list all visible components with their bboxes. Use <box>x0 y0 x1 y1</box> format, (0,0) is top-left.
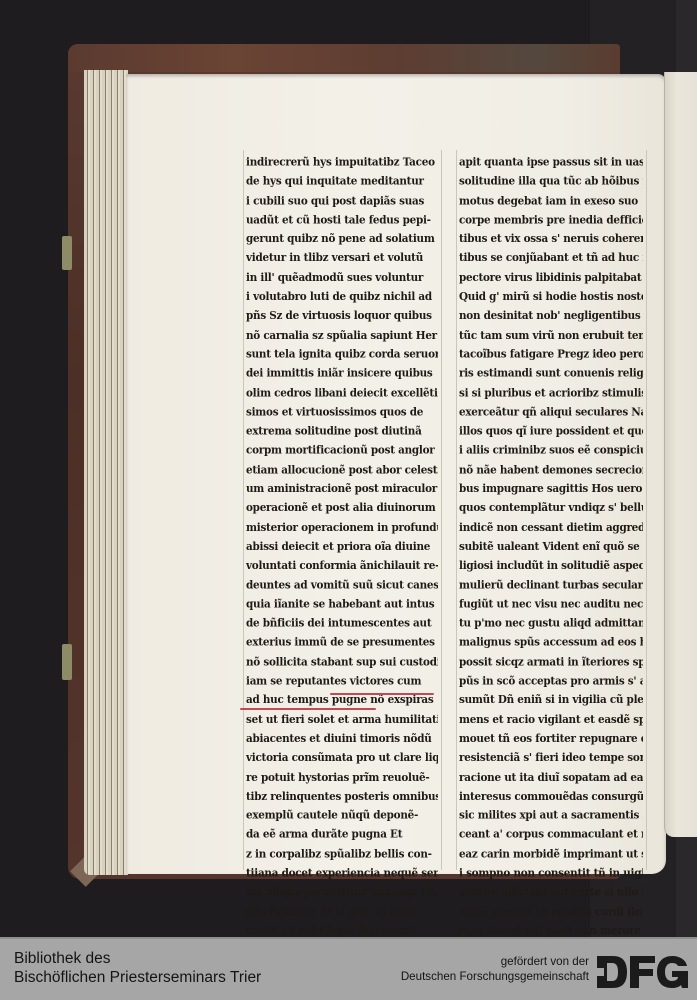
manuscript-line: bus impugnare sagittis Hos uero <box>459 480 643 499</box>
manuscript-line: corpe membris pre inedia defficien- <box>459 211 643 230</box>
footer-bar: Bibliothek des Bischöflichen Priestersem… <box>0 937 697 1000</box>
manuscript-line: interesus commouẽdas consurgũt ut saltẽ <box>459 787 643 806</box>
manuscript-line: uadũt et cũ hosti tale fedus pepi- <box>246 211 438 230</box>
manuscript-line: i aliis criminibz suos eẽ conspiciunt <box>459 441 643 460</box>
text-column-left: indirecrerũ hys impuitatibz Taceode hys … <box>246 153 438 937</box>
manuscript-line: extrema solitudine post diutinã <box>246 422 438 441</box>
manuscript-line: corpm mortificacionũ post anglor <box>246 441 438 460</box>
manuscript-line: de bñficiis dei intumescentes aut <box>246 614 438 633</box>
ruling-line <box>243 150 244 870</box>
manuscript-line: nõ nãe habent demones secrecion- <box>459 460 643 479</box>
manuscript-line: malignus spũs accessum ad eos hẽ <box>459 633 643 652</box>
manuscript-line: nõ carnalia sz spũalia sapiunt Her <box>246 326 438 345</box>
manuscript-line: da eẽ arma durãte pugna Et <box>246 825 438 844</box>
manuscript-line: indicẽ non cessant dietim aggredi ut <box>459 518 643 537</box>
manuscript-line: eaz carin morbidẽ imprimant ut si <box>459 845 643 864</box>
manuscript-line: z in corpalibz spũalibz bellis con- <box>246 845 438 864</box>
manuscript-line: voluntati conformia ãnichilauit re- <box>246 556 438 575</box>
manuscript-line: i volutabro luti de quibz nichil ad <box>246 287 438 306</box>
manuscript-line: resistenciã s' fieri ideo tempe sompni <box>459 749 643 768</box>
manuscript-line: gerunt quibz nõ pene ad solatium <box>246 230 438 249</box>
manuscript-line: tas aliqua permittitur quousqz vita <box>246 883 438 902</box>
ruling-line <box>441 150 442 870</box>
page-stack-edge <box>84 70 128 875</box>
manuscript-line: quos contemplãtur vndiqz s' bellum <box>459 499 643 518</box>
manuscript-line: quia iĩanite se habebant aut intus <box>246 595 438 614</box>
manuscript-line: tibus se conjũabant et tñ ad huc in <box>459 249 643 268</box>
manuscript-line: sic milites xpi aut a sacramentis ar- <box>459 806 643 825</box>
manuscript-line: simos et virtuosissimos quos de <box>246 403 438 422</box>
manuscript-line: pũs in scõ acceptas pro armis s' as <box>459 672 643 691</box>
manuscript-line: in ill' quẽadmodũ sues voluntur <box>246 268 438 287</box>
manuscript-line: tacoĩbus fatigare Pregz ideo pero- <box>459 345 643 364</box>
clasp-upper <box>62 236 72 270</box>
red-underline <box>240 708 376 710</box>
ruling-line <box>646 150 647 870</box>
manuscript-line: tũc tam sum virũ non erubuit temp- <box>459 326 643 345</box>
red-underline <box>330 693 434 695</box>
manuscript-line: iam se reputantes victores cum <box>246 672 438 691</box>
manuscript-line: motus degebat iam in exeso suo <box>459 191 643 210</box>
manuscript-line: deuntes ad vomitũ suũ sicut canes <box>246 576 438 595</box>
manuscript-line: abissi deiecit et priora oĩa diuine <box>246 537 438 556</box>
manuscript-line: Quid g' mirũ si hodie hostis noster <box>459 287 643 306</box>
manuscript-line: ligiosi includũt in solitudiẽ aspectus <box>459 556 643 575</box>
manuscript-line: ceant a' corpus commaculant et reliqas <box>459 825 643 844</box>
manuscript-line: apit quanta ipse passus sit in uasta <box>459 153 643 172</box>
manuscript-line: mulierũ declinant turbas secularĩ <box>459 576 643 595</box>
manuscript-line: mens et racio vigilant et easdẽ spẽs <box>459 710 643 729</box>
manuscript-line: exemplũ cautele nũqũ deponẽ- <box>246 806 438 825</box>
ruling-line <box>456 150 457 870</box>
funding-credit: gefördert von der Deutschen Forschungsge… <box>401 954 589 984</box>
book-cover-top-edge <box>68 44 620 72</box>
manuscript-line: exterius immũ de se presumentes <box>246 633 438 652</box>
manuscript-line: i sompno non consentit tñ in uigilia con… <box>459 864 643 883</box>
manuscript-line: ris estimandi sunt conuenis religio- <box>459 364 643 383</box>
manuscript-line: possit sicqz armati in ĩteriores spẽcies <box>459 653 643 672</box>
manuscript-line: tibus et vix ossa s' neruis coheren- <box>459 230 643 249</box>
manuscript-scan: indirecrerũ hys impuitatibz Taceode hys … <box>0 0 697 937</box>
manuscript-line: um aministracionẽ post miraculor <box>246 480 438 499</box>
library-name-line1: Bibliothek des <box>14 949 261 968</box>
manuscript-line: vincẽ possint tñ mestiiã cordi iinit- <box>459 902 643 921</box>
manuscript-line: indirecrerũ hys impuitatibz Taceo <box>246 153 438 172</box>
manuscript-line: sunt tela ignita quibz corda seruor <box>246 345 438 364</box>
dfg-logo-icon <box>597 956 689 988</box>
manuscript-line: tu p'mo nec gustu aliqd admittant q' <box>459 614 643 633</box>
facing-page-edge <box>664 72 697 837</box>
manuscript-line: misterior operacionem in profundũ <box>246 518 438 537</box>
manuscript-line: operacionẽ et post alia diuinorum <box>246 499 438 518</box>
manuscript-line: pectore virus libidinis palpitabat <box>459 268 643 287</box>
manuscript-line: non desinitat nob' negligentibus si <box>459 307 643 326</box>
manuscript-line: fugiũt ut nec visu nec auditu nec tac- <box>459 595 643 614</box>
manuscript-line: abiacentes et diuini timoris nõdũ <box>246 729 438 748</box>
manuscript-line: tibz relinquentes posteris omnibus <box>246 787 438 806</box>
manuscript-line: tiiana docet experiencia nequẽ seni- <box>246 864 438 883</box>
library-credit: Bibliothek des Bischöflichen Priestersem… <box>14 949 261 987</box>
manuscript-line: credẽ nõ uelit legat iheronimũ <box>246 921 438 937</box>
funding-line2: Deutschen Forschungsgemeinschaft <box>401 969 589 984</box>
manuscript-line: nõ sollicita stabant sup sui custodiã <box>246 653 438 672</box>
clasp-lower <box>62 644 72 680</box>
manuscript-line: si si pluribus et acrioribz stimulis <box>459 384 643 403</box>
manuscript-line: solitudine illa qua tũc ab hõibus re- <box>459 172 643 191</box>
manuscript-line: videtur in tlibz versari et volutũ <box>246 249 438 268</box>
funding-line1: gefördert von der <box>401 954 589 969</box>
manuscript-line: re potuit hystorias prĩm reuoluẽ- <box>246 768 438 787</box>
manuscript-line: mouet tñ eos fortiter repugnare et <box>459 729 643 748</box>
manuscript-line: exerceãtur qñ aliqui seculares Nam <box>459 403 643 422</box>
text-column-right: apit quanta ipse passus sit in uastasoli… <box>459 153 643 937</box>
manuscript-line: racione ut ita diuĩ sopatam ad easdẽ <box>459 768 643 787</box>
manuscript-line: de hys qui inquitate meditantur <box>246 172 438 191</box>
manuscript-line: victoria consũmata pro ut clare liq- <box>246 749 438 768</box>
manuscript-line: sumũt Dñ eniñ si in vigilia cũ plene <box>459 691 643 710</box>
library-name-line2: Bischöflichen Priesterseminars Trier <box>14 968 261 987</box>
manuscript-line: dei immittis iniãr insicere quibus <box>246 364 438 383</box>
manuscript-line: pñs Sz de virtuosis loquor quibus <box>246 307 438 326</box>
manuscript-line: olim cedros libani deiecit excellẽti <box>246 384 438 403</box>
manuscript-line: sentire alliciant aut certe si nllo horu… <box>459 883 643 902</box>
manuscript-line: illos quos qĩ iure possident et quos <box>459 422 643 441</box>
manuscript-line: subitẽ ualeant Vident enĩ quõ se re- <box>459 537 643 556</box>
manuscript-line: set ut fieri solet et arma humilitatis <box>246 710 438 729</box>
manuscript-line: i cubili suo qui post dapiãs suas <box>246 191 438 210</box>
manuscript-line: tunt Solent enĩ parũ non merore affici <box>459 921 643 937</box>
manuscript-line: etiam allocucionẽ post abor celesti <box>246 460 438 479</box>
manuscript-line: pñs firmatur Et si quis in forte <box>246 902 438 921</box>
